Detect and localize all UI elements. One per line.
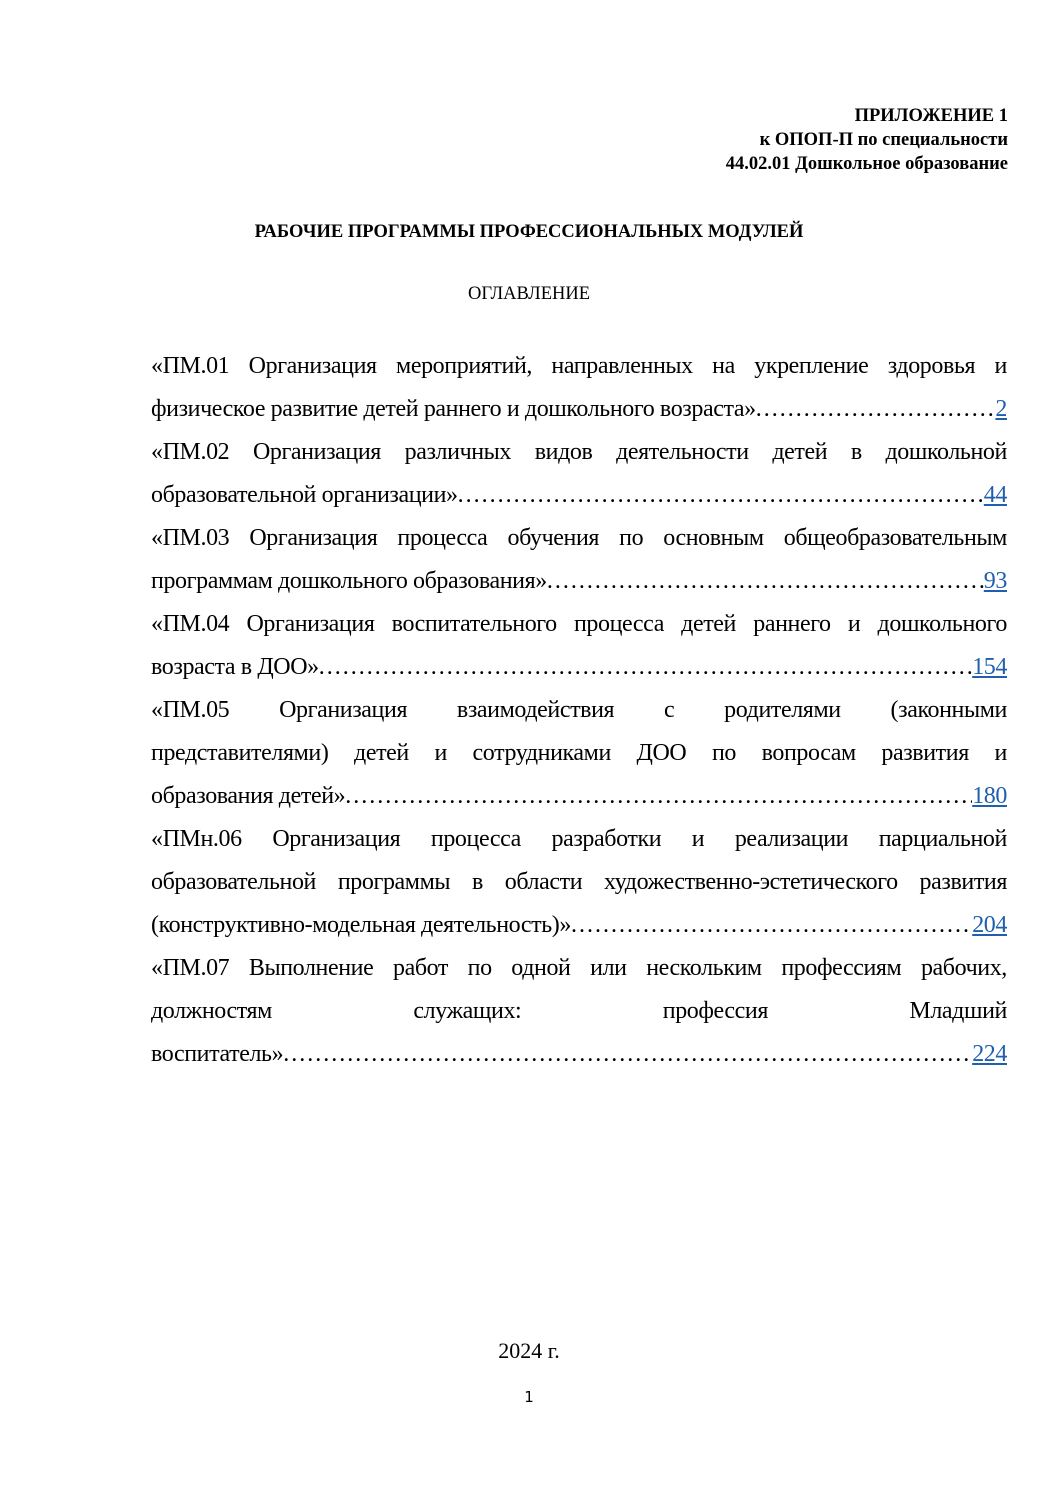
word: процесса xyxy=(431,818,521,861)
toc-entry-last-line: образования детей»......................… xyxy=(151,775,1007,818)
word: развития xyxy=(920,861,1007,904)
toc-entry: «ПМ.02Организацияразличныхвидовдеятельно… xyxy=(151,431,1007,517)
word: и xyxy=(848,603,860,646)
word: профессиям xyxy=(781,947,901,990)
toc-page-link[interactable]: 93 xyxy=(984,560,1007,603)
word: ДОО xyxy=(637,732,687,775)
dot-leader: ........................................… xyxy=(345,775,972,818)
word: укрепление xyxy=(754,345,868,388)
toc-entry: «ПМ.01Организациямероприятий,направленны… xyxy=(151,345,1007,431)
word: и xyxy=(995,345,1007,388)
toc-entry-last-line: воспитатель»............................… xyxy=(151,1033,1007,1076)
word: Организация xyxy=(279,689,407,732)
word: по xyxy=(712,732,736,775)
word: деятельности xyxy=(616,431,749,474)
word: парциальной xyxy=(879,818,1007,861)
word: дошкольного xyxy=(878,603,1007,646)
word: Выполнение xyxy=(249,947,373,990)
toc-entry-text: программам дошкольного образования» xyxy=(151,560,547,603)
toc-entry-line: «ПМ.04Организациявоспитательногопроцесса… xyxy=(151,603,1007,646)
word: Организация xyxy=(253,431,381,474)
word: реализации xyxy=(735,818,848,861)
word: или xyxy=(590,947,626,990)
word: и xyxy=(692,818,704,861)
word: по xyxy=(468,947,492,990)
word: Организация xyxy=(246,603,374,646)
word: и xyxy=(994,732,1006,775)
word: «ПМ.01 xyxy=(151,345,229,388)
word: программы xyxy=(338,861,450,904)
word: вопросам xyxy=(762,732,856,775)
word: «ПМ.04 xyxy=(151,603,229,646)
appendix-specialty: 44.02.01 Дошкольное образование xyxy=(726,152,1008,176)
toc-entry-line: «ПМ.02Организацияразличныхвидовдеятельно… xyxy=(151,431,1007,474)
word: направленных xyxy=(551,345,692,388)
toc-entry: «ПМ.04Организациявоспитательногопроцесса… xyxy=(151,603,1007,689)
table-of-contents: «ПМ.01Организациямероприятий,направленны… xyxy=(151,345,1007,1076)
word: области xyxy=(505,861,582,904)
dot-leader: ........................................… xyxy=(458,474,984,517)
toc-entry-last-line: физическое развитие детей раннего и дошк… xyxy=(151,388,1007,431)
word: нескольким xyxy=(646,947,762,990)
word: «ПМ.07 xyxy=(151,947,229,990)
toc-entry-line: должностямслужащих:профессияМладший xyxy=(151,990,1007,1033)
word: родителями xyxy=(724,689,841,732)
toc-entry-text: физическое развитие детей раннего и дошк… xyxy=(151,388,756,431)
word: воспитательного xyxy=(392,603,557,646)
word: представителями) xyxy=(151,732,328,775)
word: служащих: xyxy=(413,990,521,1033)
word: процесса xyxy=(574,603,664,646)
toc-page-link[interactable]: 44 xyxy=(984,474,1007,517)
toc-page-link[interactable]: 2 xyxy=(995,388,1007,431)
word: «ПМ.02 xyxy=(151,431,229,474)
word: в xyxy=(472,861,483,904)
toc-entry-last-line: (конструктивно-модельная деятельность)».… xyxy=(151,904,1007,947)
toc-entry-text: воспитатель» xyxy=(151,1033,283,1076)
word: видов xyxy=(535,431,593,474)
page-number: 1 xyxy=(0,1388,1058,1406)
dot-leader: ........................................… xyxy=(571,904,972,947)
year: 2024 г. xyxy=(0,1338,1058,1364)
word: (законными xyxy=(891,689,1007,732)
toc-entry: «ПМ.03Организацияпроцессаобученияпооснов… xyxy=(151,517,1007,603)
toc-page-link[interactable]: 180 xyxy=(972,775,1007,818)
word: детей xyxy=(681,603,736,646)
word: «ПМн.06 xyxy=(151,818,242,861)
word: детей xyxy=(772,431,827,474)
word: дошкольной xyxy=(886,431,1007,474)
toc-entry-line: образовательнойпрограммывобластихудожест… xyxy=(151,861,1007,904)
toc-entry: «ПМ.05Организациявзаимодействиясродителя… xyxy=(151,689,1007,818)
word: развития xyxy=(881,732,968,775)
word: по xyxy=(619,517,643,560)
word: общеобразовательным xyxy=(784,517,1007,560)
word: раннего xyxy=(753,603,830,646)
word: и xyxy=(434,732,446,775)
word: профессия xyxy=(663,990,768,1033)
toc-entry-line: «ПМн.06Организацияпроцессаразработкииреа… xyxy=(151,818,1007,861)
dot-leader: ........................................… xyxy=(283,1033,972,1076)
word: Организация xyxy=(272,818,400,861)
word: Младший xyxy=(909,990,1007,1033)
dot-leader: ........................................… xyxy=(319,646,972,689)
word: различных xyxy=(405,431,511,474)
word: «ПМ.05 xyxy=(151,689,229,732)
word: на xyxy=(712,345,735,388)
word: работ xyxy=(393,947,448,990)
toc-entry-text: возраста в ДОО» xyxy=(151,646,319,689)
word: в xyxy=(851,431,862,474)
word: разработки xyxy=(551,818,661,861)
toc-entry: «ПМ.07Выполнениеработпооднойилинескольки… xyxy=(151,947,1007,1076)
toc-entry-line: «ПМ.07Выполнениеработпооднойилинескольки… xyxy=(151,947,1007,990)
word: образовательной xyxy=(151,861,316,904)
toc-entry-text: образования детей» xyxy=(151,775,345,818)
word: должностям xyxy=(151,990,272,1033)
word: сотрудниками xyxy=(473,732,611,775)
toc-entry-last-line: образовательной организации»............… xyxy=(151,474,1007,517)
word: «ПМ.03 xyxy=(151,517,229,560)
toc-entry-line: «ПМ.05Организациявзаимодействиясродителя… xyxy=(151,689,1007,732)
toc-entry-line: представителями)детейисотрудникамиДООпов… xyxy=(151,732,1007,775)
toc-page-link[interactable]: 154 xyxy=(972,646,1007,689)
toc-entry-text: образовательной организации» xyxy=(151,474,458,517)
toc-entry-text: (конструктивно-модельная деятельность)» xyxy=(151,904,571,947)
toc-page-link[interactable]: 224 xyxy=(972,1033,1007,1076)
word: одной xyxy=(511,947,570,990)
word: основным xyxy=(663,517,763,560)
word: художественно-эстетического xyxy=(604,861,898,904)
word: Организация xyxy=(249,345,377,388)
toc-entry-last-line: программам дошкольного образования».....… xyxy=(151,560,1007,603)
appendix-header: ПРИЛОЖЕНИЕ 1 к ОПОП-П по специальности 4… xyxy=(726,104,1008,176)
toc-entry-last-line: возраста в ДОО».........................… xyxy=(151,646,1007,689)
toc-entry-line: «ПМ.03Организацияпроцессаобученияпооснов… xyxy=(151,517,1007,560)
word: обучения xyxy=(508,517,600,560)
appendix-label: ПРИЛОЖЕНИЕ 1 xyxy=(726,104,1008,128)
word: Организация xyxy=(249,517,377,560)
toc-entry: «ПМн.06Организацияпроцессаразработкииреа… xyxy=(151,818,1007,947)
document-title: РАБОЧИЕ ПРОГРАММЫ ПРОФЕССИОНАЛЬНЫХ МОДУЛ… xyxy=(0,222,1058,243)
word: рабочих, xyxy=(921,947,1007,990)
word: мероприятий, xyxy=(396,345,532,388)
dot-leader: ........................................… xyxy=(756,388,996,431)
toc-heading: ОГЛАВЛЕНИЕ xyxy=(0,284,1058,305)
word: взаимодействия xyxy=(457,689,614,732)
word: детей xyxy=(354,732,409,775)
word: с xyxy=(664,689,674,732)
toc-entry-line: «ПМ.01Организациямероприятий,направленны… xyxy=(151,345,1007,388)
word: процесса xyxy=(397,517,487,560)
appendix-program: к ОПОП-П по специальности xyxy=(726,128,1008,152)
toc-page-link[interactable]: 204 xyxy=(972,904,1007,947)
dot-leader: ........................................… xyxy=(547,560,984,603)
word: здоровья xyxy=(888,345,975,388)
